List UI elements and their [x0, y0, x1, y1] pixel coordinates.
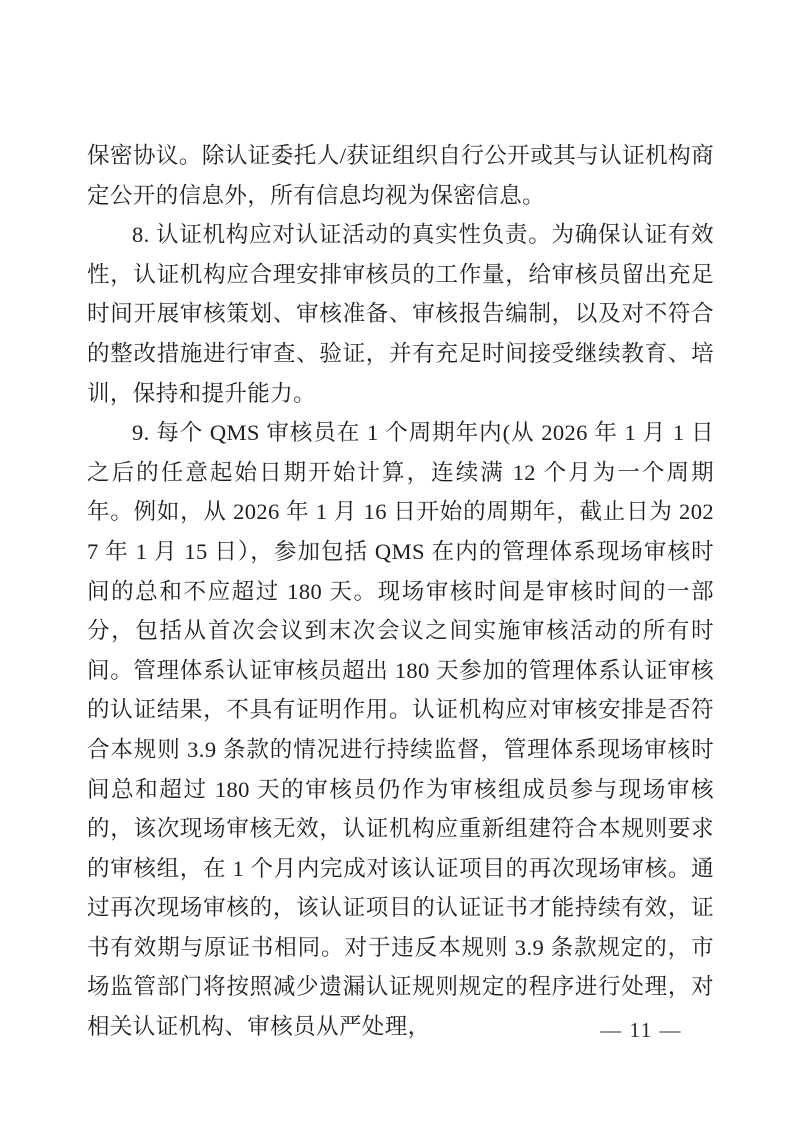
page-number: — 11 —	[600, 1018, 682, 1042]
paragraph-confidentiality-continuation: 保密协议。除认证委托人/获证组织自行公开或其与认证机构商定公开的信息外，所有信息…	[87, 136, 714, 215]
paragraph-item-9: 9. 每个 QMS 审核员在 1 个周期年内(从 2026 年 1 月 1 日之…	[87, 413, 714, 1047]
document-body: 保密协议。除认证委托人/获证组织自行公开或其与认证机构商定公开的信息外，所有信息…	[87, 136, 714, 1047]
page-footer: — 11 —	[600, 1018, 682, 1043]
document-page: 保密协议。除认证委托人/获证组织自行公开或其与认证机构商定公开的信息外，所有信息…	[0, 0, 800, 1130]
paragraph-item-8: 8. 认证机构应对认证活动的真实性负责。为确保认证有效性，认证机构应合理安排审核…	[87, 215, 714, 413]
